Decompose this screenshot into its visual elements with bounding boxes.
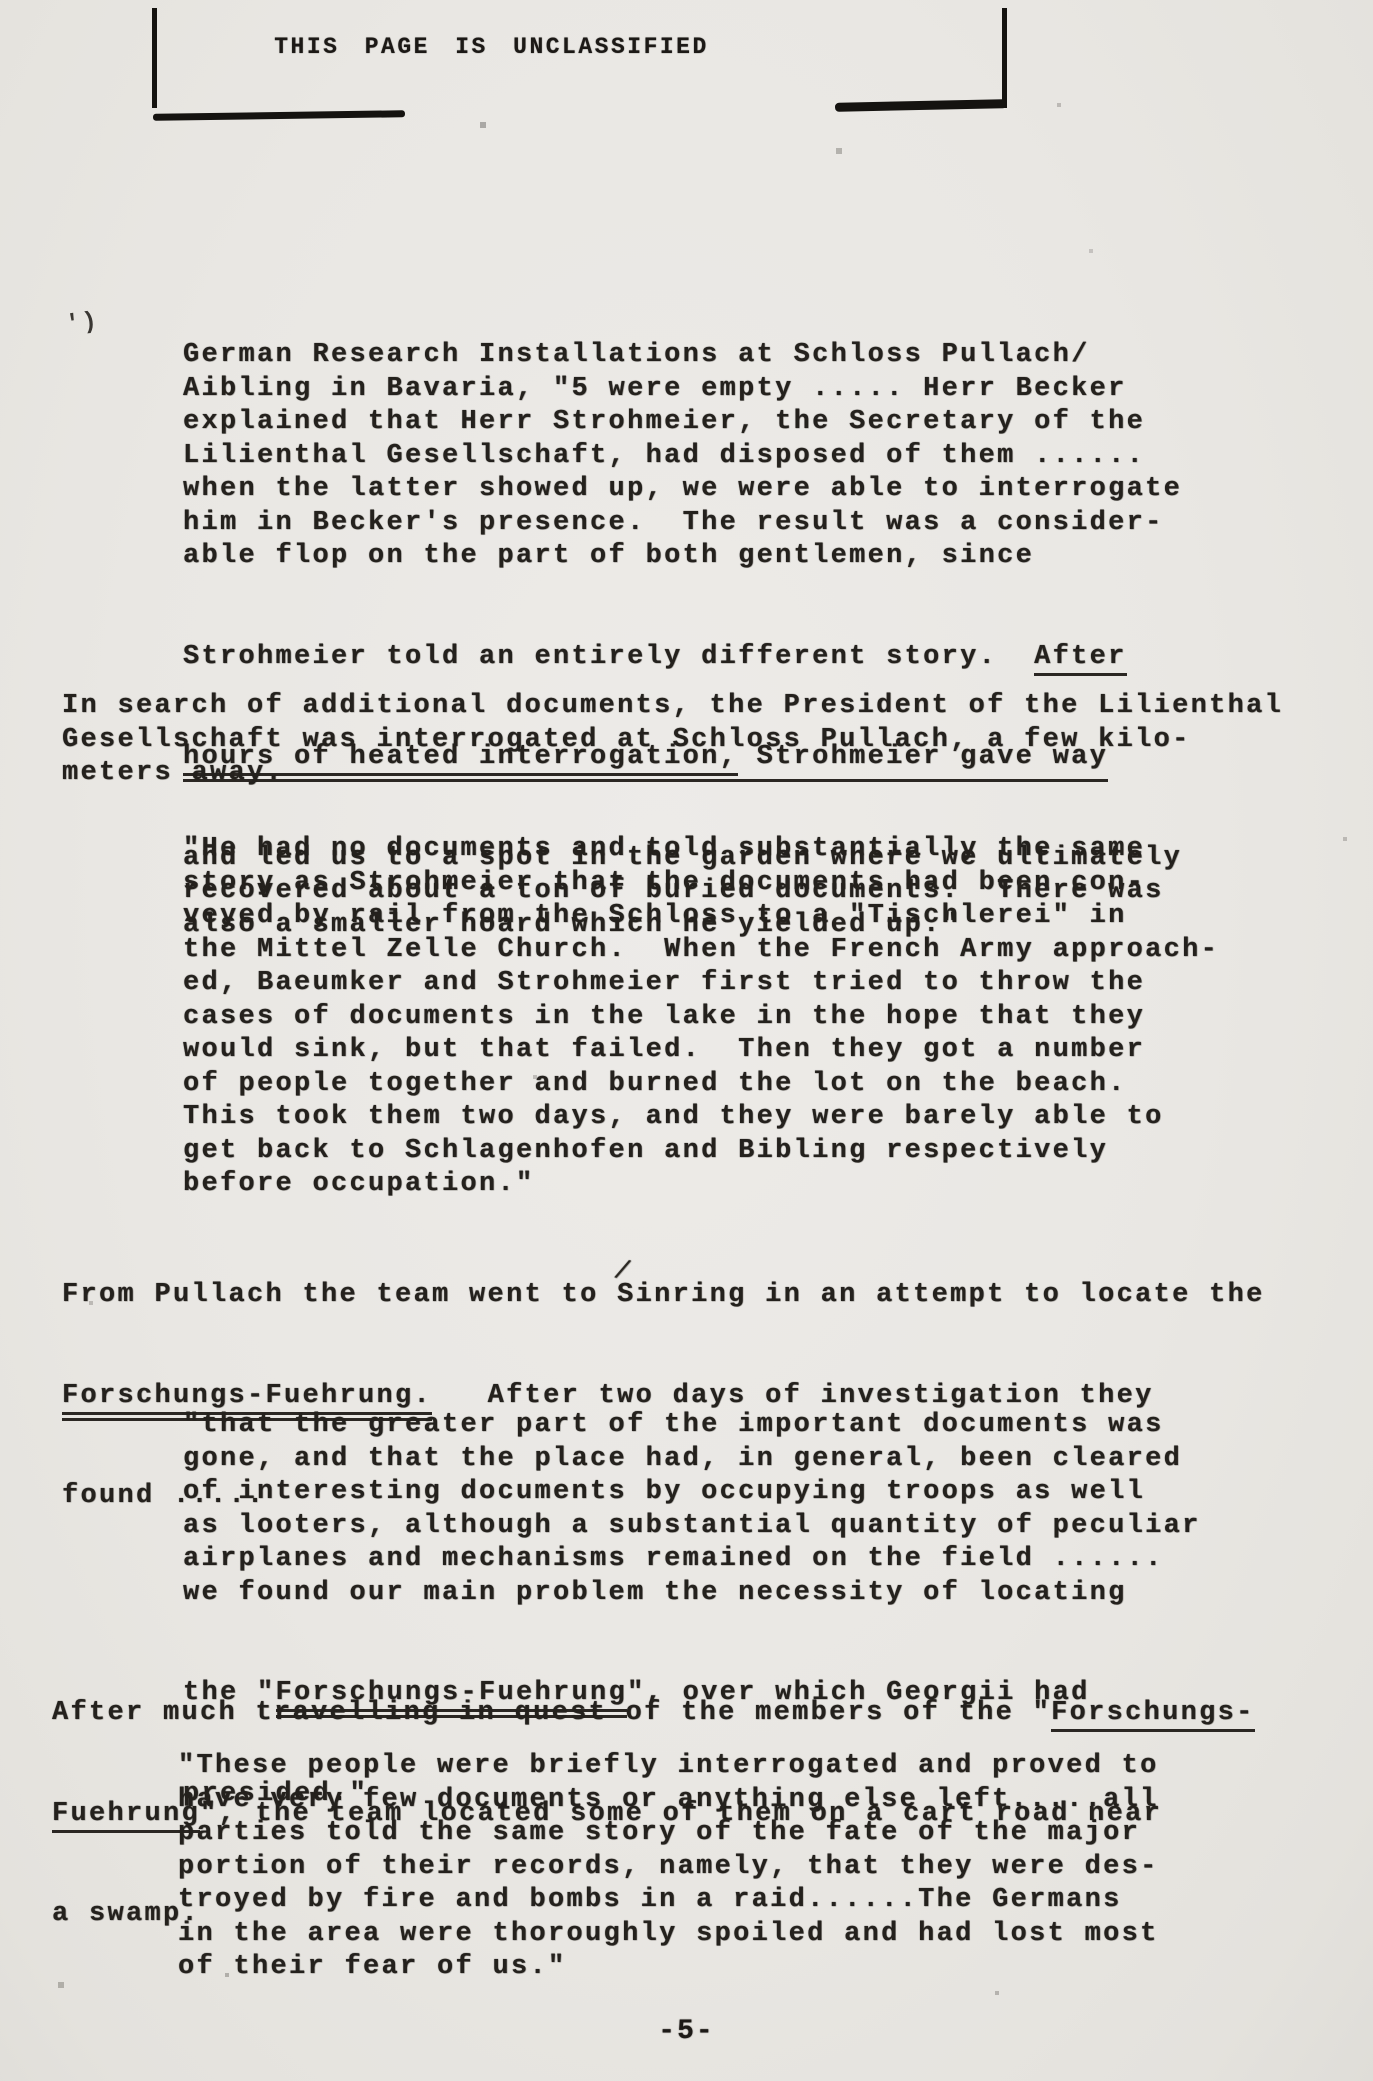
scan-specks — [0, 0, 2, 2]
para3-line1-pre: After much travelling in quest of the me… — [52, 1698, 1051, 1728]
para2-line1-rest: Sinring in an attempt to locate the — [617, 1280, 1265, 1310]
underlined-after: After — [1034, 642, 1127, 676]
quote1-line-8: Strohmeier told an entirely different st… — [183, 641, 1182, 675]
margin-annotation: ') — [64, 308, 100, 339]
page-number: -5- — [0, 2016, 1373, 2047]
document-page: THIS PAGE IS UNCLASSIFIED ') German Rese… — [0, 0, 1373, 2081]
classification-stamp-box: THIS PAGE IS UNCLASSIFIED — [152, 8, 1007, 108]
quote1-lines-a: German Research Installations at Schloss… — [183, 339, 1182, 574]
quote1-line8-text: Strohmeier told an entirely different st… — [183, 642, 1034, 672]
para2-line-1: From Pullach the team went to ⁄Sinring i… — [62, 1279, 1265, 1313]
blockquote-2: "He had no documents and told substantia… — [183, 833, 1219, 1202]
underlined-forschungs: Forschungs- — [1051, 1698, 1255, 1732]
blockquote-4: "These people were briefly interrogated … — [178, 1750, 1159, 1985]
quote3-lines-a: "that the greater part of the important … — [183, 1409, 1201, 1610]
paragraph-in-search: In search of additional documents, the P… — [62, 690, 1283, 791]
stamp-box-bottom-left-stroke — [153, 110, 405, 121]
classification-stamp-text: THIS PAGE IS UNCLASSIFIED — [69, 34, 914, 60]
para3-line-1: After much travelling in quest of the me… — [52, 1697, 1255, 1731]
para2-line1-pre: From Pullach the team went to — [62, 1280, 617, 1310]
stamp-box-bottom-right-stroke — [835, 99, 1007, 112]
sinring-word: ⁄Sinring in an attempt to locate the — [617, 1280, 1265, 1310]
